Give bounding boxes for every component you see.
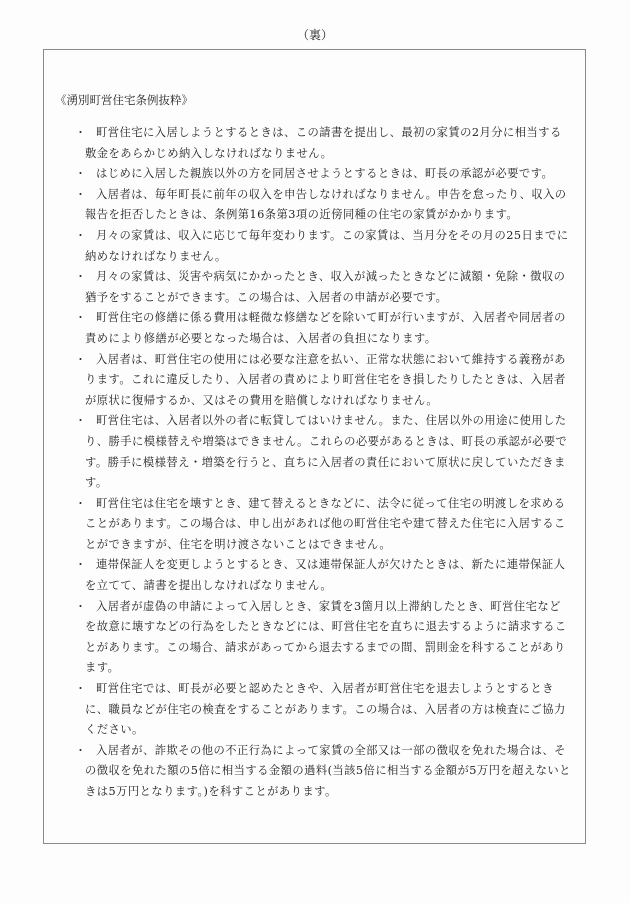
bullet-icon: ・ <box>75 226 86 247</box>
bullet-icon: ・ <box>75 350 86 371</box>
list-item-text: 町営住宅は住宅を壊すとき、建て替えるときなどに、法令に従って住宅の明渡しを求める… <box>85 497 566 551</box>
list-item: ・連帯保証人を変更しようとするとき、又は連帯保証人が欠けたときは、新たに連帯保証… <box>44 555 587 596</box>
list-item-text: 町営住宅では、町長が必要と認めたときや、入居者が町営住宅を退去しようとするときに… <box>85 682 566 736</box>
bullet-icon: ・ <box>75 308 86 329</box>
list-item-text: 町営住宅に入居しようとするときは、この請書を提出し、最初の家賃の2月分に相当する… <box>85 126 562 160</box>
list-item: ・入居者は、毎年町長に前年の収入を申告しなければなりません。申告を怠ったり、収入… <box>44 185 587 226</box>
list-item: ・月々の家賃は、収入に応じて毎年変わります。この家賃は、当月分をその月の25日ま… <box>44 226 587 267</box>
list-item: ・町営住宅に入居しようとするときは、この請書を提出し、最初の家賃の2月分に相当す… <box>44 123 587 164</box>
list-item-text: 町営住宅は、入居者以外の者に転貸してはいけません。また、住居以外の用途に使用した… <box>85 414 567 489</box>
list-item-text: 町営住宅の修繕に係る費用は軽微な修繕などを除いて町が行いますが、入居者や同居者の… <box>85 311 566 345</box>
list-item-text: 月々の家賃は、収入に応じて毎年変わります。この家賃は、当月分をその月の25日まで… <box>85 229 569 263</box>
list-item: ・町営住宅は住宅を壊すとき、建て替えるときなどに、法令に従って住宅の明渡しを求め… <box>44 494 587 556</box>
list-item: ・はじめに入居した親族以外の方を同居させようとするときは、町長の承認が必要です。 <box>44 164 587 185</box>
list-item-text: 入居者は、毎年町長に前年の収入を申告しなければなりません。申告を怠ったり、収入の… <box>85 188 567 222</box>
list-item: ・入居者が、詐欺その他の不正行為によって家賃の全部又は一部の徴収を免れた場合は、… <box>44 741 587 803</box>
ordinance-list: ・町営住宅に入居しようとするときは、この請書を提出し、最初の家賃の2月分に相当す… <box>44 123 587 803</box>
page-side-label: （裏） <box>0 26 630 43</box>
bullet-icon: ・ <box>75 123 86 144</box>
list-item-text: はじめに入居した親族以外の方を同居させようとするときは、町長の承認が必要です。 <box>96 167 553 180</box>
list-item-text: 入居者は、町営住宅の使用には必要な注意を払い、正常な状態において維持する義務があ… <box>85 353 566 407</box>
bullet-icon: ・ <box>75 267 86 288</box>
list-item-text: 入居者が、詐欺その他の不正行為によって家賃の全部又は一部の徴収を免れた場合は、そ… <box>85 744 571 798</box>
bullet-icon: ・ <box>75 411 86 432</box>
list-item: ・入居者は、町営住宅の使用には必要な注意を払い、正常な状態において維持する義務が… <box>44 350 587 412</box>
bullet-icon: ・ <box>75 679 86 700</box>
bullet-icon: ・ <box>75 164 86 185</box>
bullet-icon: ・ <box>75 185 86 206</box>
bullet-icon: ・ <box>75 741 86 762</box>
list-item-text: 月々の家賃は、災害や病気にかかったとき、収入が減ったときなどに減額・免除・徴収の… <box>85 270 565 304</box>
list-item: ・町営住宅では、町長が必要と認めたときや、入居者が町営住宅を退去しようとするとき… <box>44 679 587 741</box>
ordinance-excerpt-box: 《湧別町営住宅条例抜粋》 ・町営住宅に入居しようとするときは、この請書を提出し、… <box>43 49 586 844</box>
list-item: ・町営住宅は、入居者以外の者に転貸してはいけません。また、住居以外の用途に使用し… <box>44 411 587 493</box>
bullet-icon: ・ <box>75 555 86 576</box>
list-item: ・町営住宅の修繕に係る費用は軽微な修繕などを除いて町が行いますが、入居者や同居者… <box>44 308 587 349</box>
bullet-icon: ・ <box>75 494 86 515</box>
section-title: 《湧別町営住宅条例抜粋》 <box>55 92 193 108</box>
bullet-icon: ・ <box>75 597 86 618</box>
list-item: ・入居者が虚偽の申請によって入居しとき、家賃を3箇月以上滞納したとき、町営住宅な… <box>44 597 587 679</box>
list-item-text: 連帯保証人を変更しようとするとき、又は連帯保証人が欠けたときは、新たに連帯保証人… <box>85 558 565 592</box>
list-item-text: 入居者が虚偽の申請によって入居しとき、家賃を3箇月以上滞納したとき、町営住宅など… <box>85 600 567 675</box>
list-item: ・月々の家賃は、災害や病気にかかったとき、収入が減ったときなどに減額・免除・徴収… <box>44 267 587 308</box>
